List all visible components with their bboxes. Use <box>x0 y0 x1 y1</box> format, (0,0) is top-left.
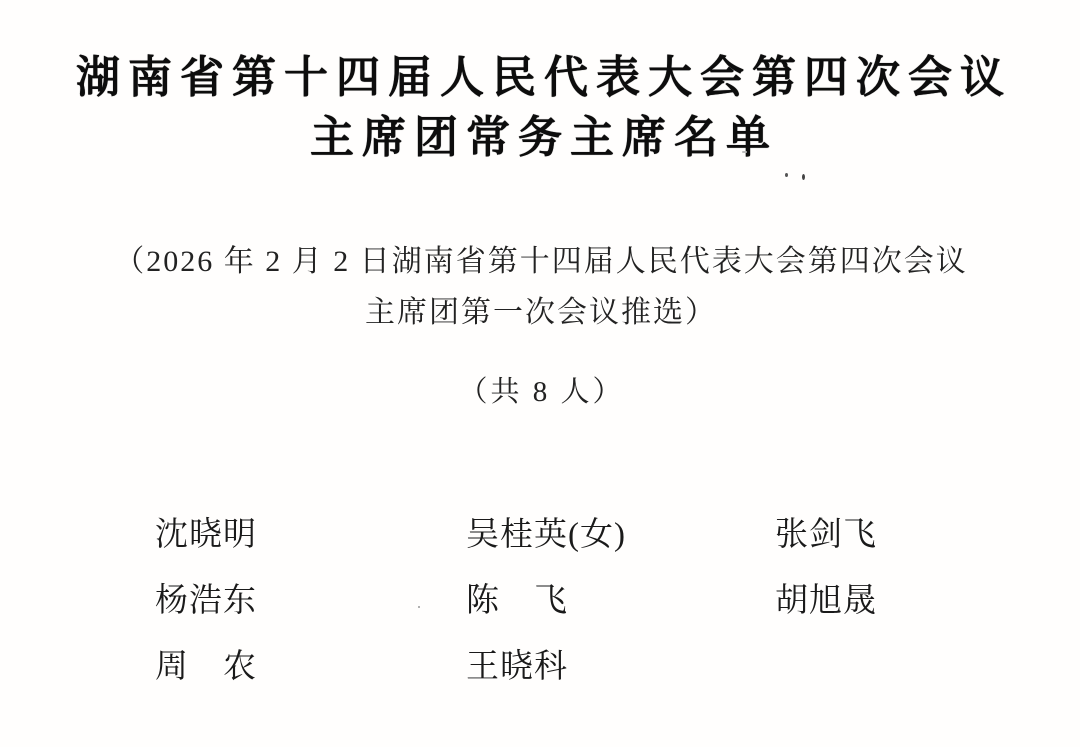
headcount-line: （共 8 人） <box>0 369 1080 410</box>
name-item: 沈晓明 <box>155 508 466 574</box>
scan-speck <box>742 151 747 153</box>
name-item: 周 农 <box>155 640 466 706</box>
document-title-line-2: 主席团常务主席名单 <box>0 108 1080 168</box>
scan-speck <box>785 173 788 177</box>
meeting-note: （2026 年 2 月 2 日湖南省第十四届人民代表大会第四次会议 主席团第一次… <box>0 236 1080 338</box>
name-item: 陈 飞 <box>466 574 775 640</box>
meeting-note-line-2: 主席团第一次会议推选） <box>0 287 1080 338</box>
name-list: 沈晓明 吴桂英(女) 张剑飞 杨浩东 陈 飞 胡旭晟 周 农 王晓科 <box>155 508 965 706</box>
document-title-line-1: 湖南省第十四届人民代表大会第四次会议 <box>0 48 1080 108</box>
name-item: 王晓科 <box>466 640 775 706</box>
document-title: 湖南省第十四届人民代表大会第四次会议 主席团常务主席名单 <box>0 48 1080 168</box>
name-item: 张剑飞 <box>775 508 965 574</box>
scan-speck <box>802 174 805 180</box>
meeting-note-line-1: （2026 年 2 月 2 日湖南省第十四届人民代表大会第四次会议 <box>0 236 1080 287</box>
name-item: 胡旭晟 <box>775 574 965 640</box>
scanned-document-page: 湖南省第十四届人民代表大会第四次会议 主席团常务主席名单 （2026 年 2 月… <box>0 0 1080 747</box>
name-item: 吴桂英(女) <box>466 508 775 574</box>
scan-speck <box>418 606 420 608</box>
